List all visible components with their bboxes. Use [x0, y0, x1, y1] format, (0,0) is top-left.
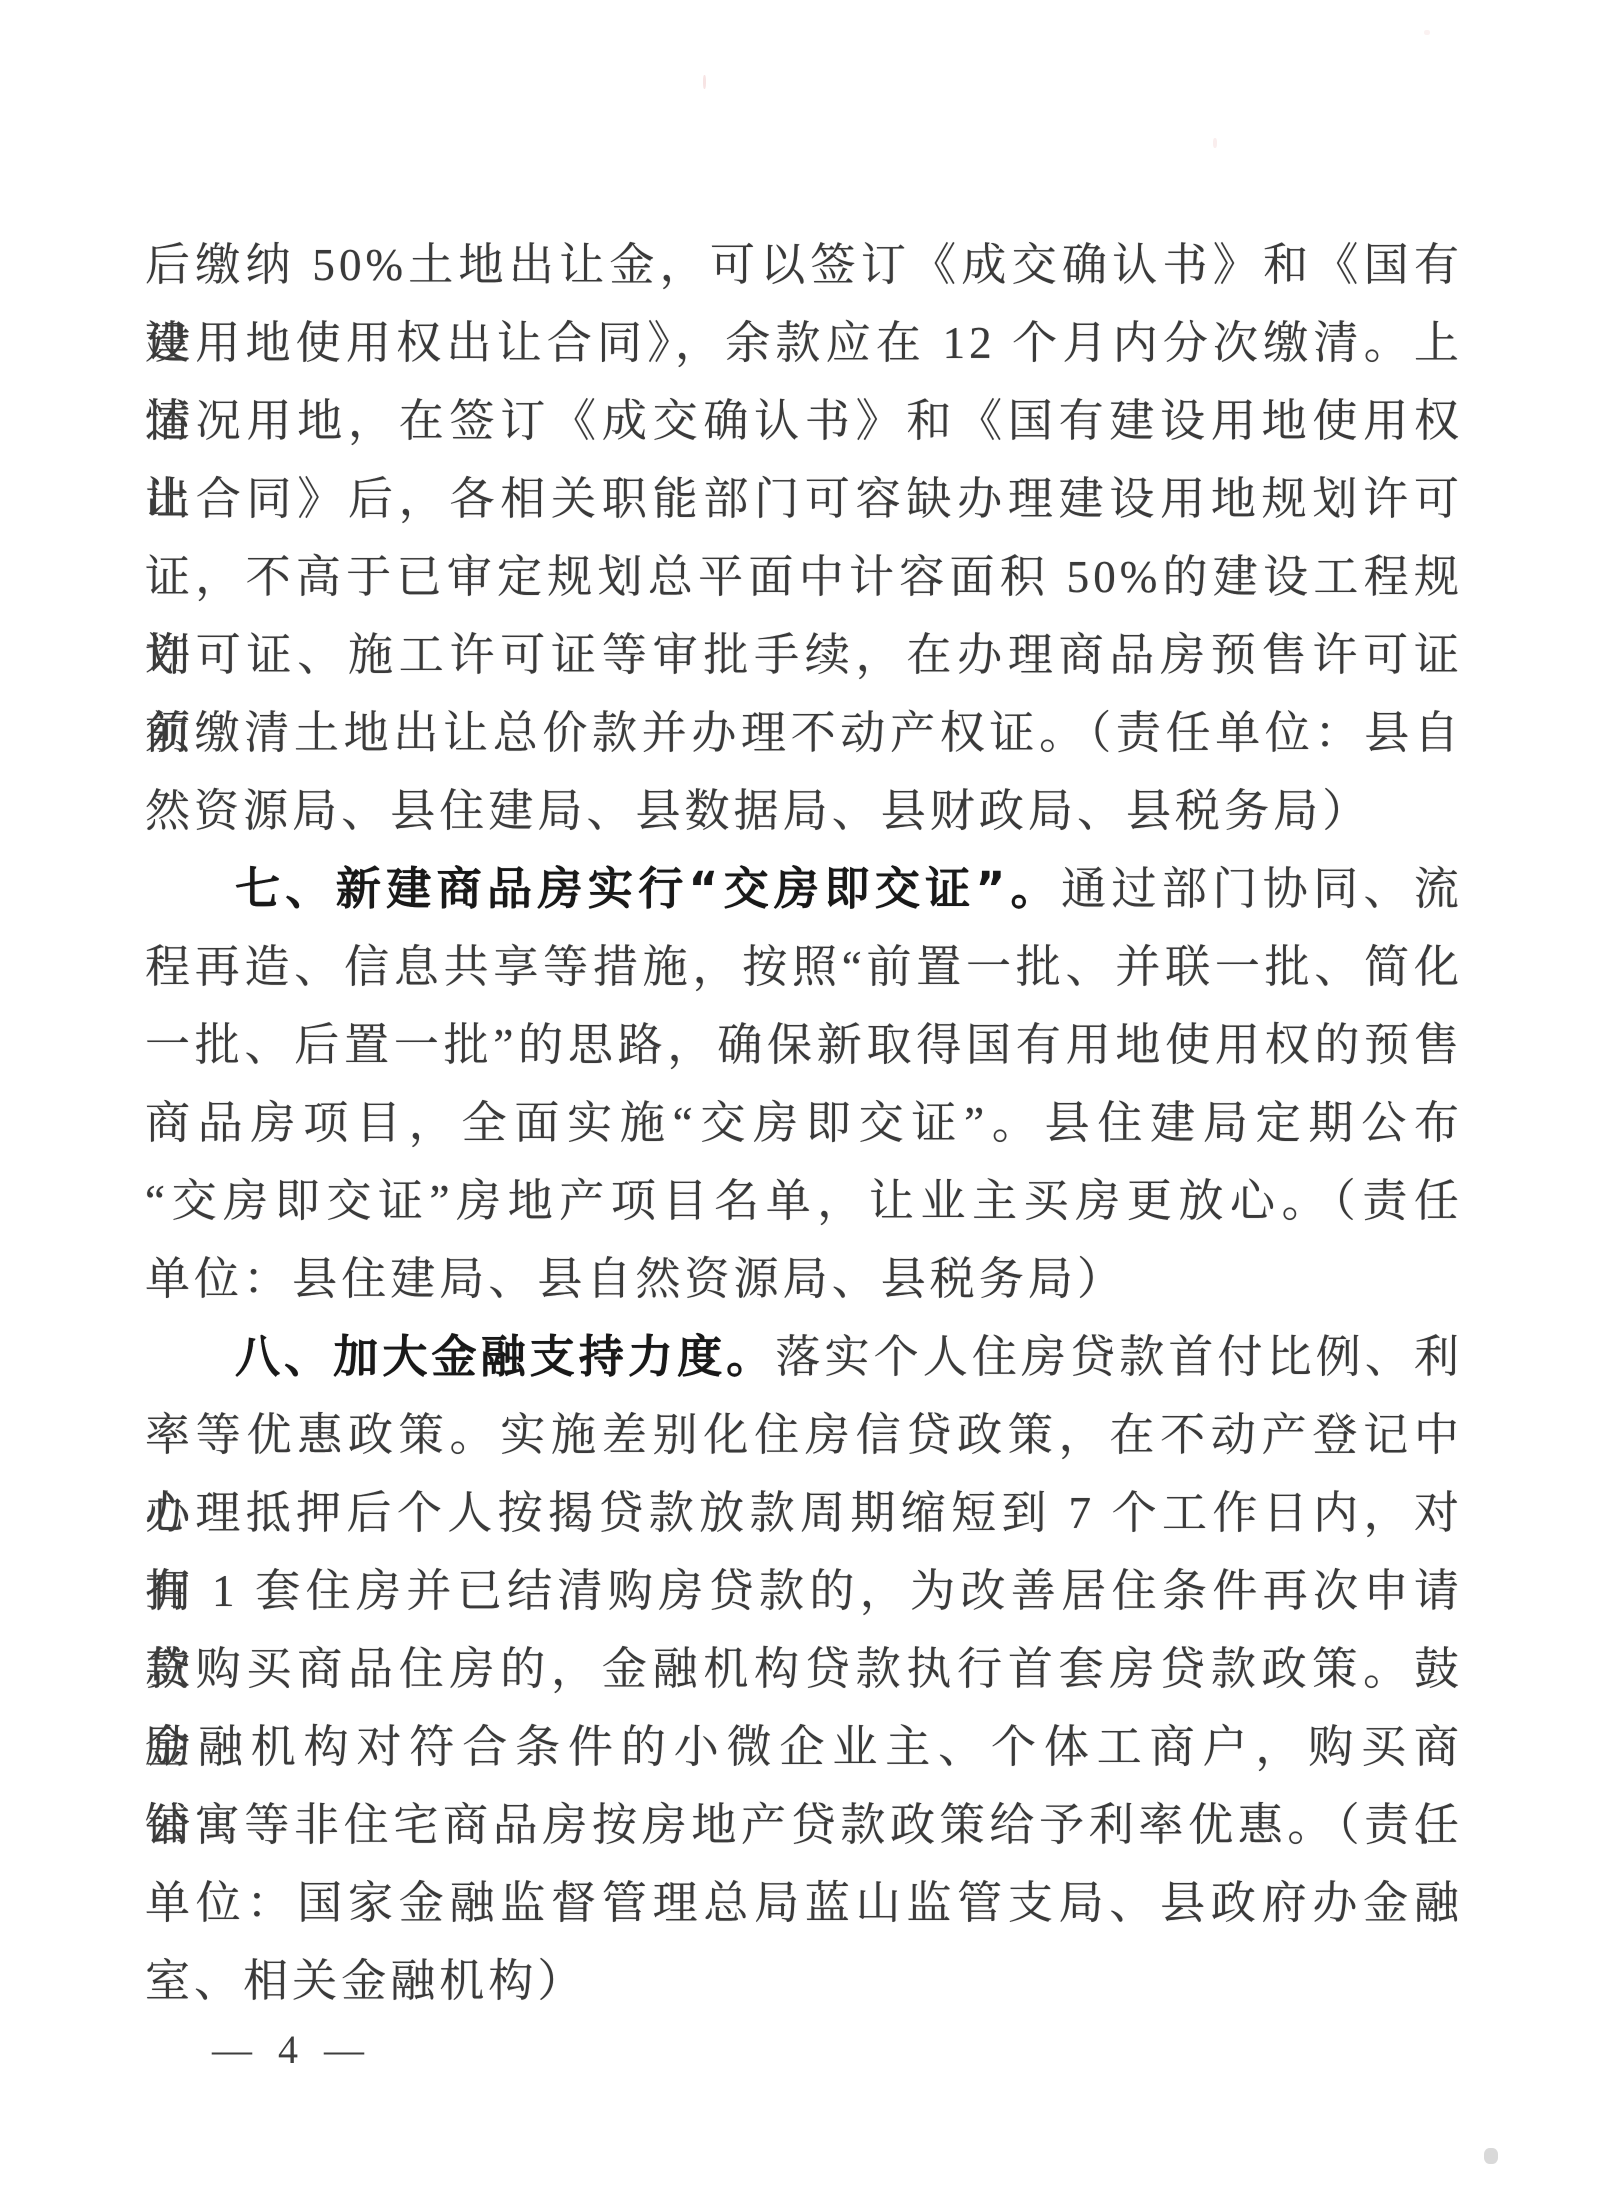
text-line: 单位：县住建局、县自然资源局、县税务局）: [145, 1240, 1463, 1318]
text-line: 证，不高于已审定规划总平面中计容面积 50%的建设工程规划: [145, 538, 1463, 616]
body-text: 一批、后置一批”的思路，确保新取得国有用地使用权的预售: [145, 1020, 1463, 1070]
text-line: 单位：国家金融监督管理总局蓝山监管支局、县政府办金融: [145, 1864, 1463, 1942]
scan-artifact: [703, 75, 706, 89]
body-text: “交房即交证”房地产项目名单，让业主买房更放心。（责任: [145, 1176, 1463, 1226]
scan-artifact: [1484, 2148, 1498, 2164]
section-heading: 七、新建商品房实行“交房即交证”。: [235, 862, 1061, 915]
text-line: 室、相关金融机构）: [145, 1942, 1463, 2020]
text-line: 七、新建商品房实行“交房即交证”。通过部门协同、流: [145, 850, 1463, 928]
body-text: 须缴清土地出让总价款并办理不动产权证。（责任单位：县自: [145, 708, 1463, 758]
body-text: 让合同》后，各相关职能部门可容缺办理建设用地规划许可: [145, 474, 1463, 524]
text-line: 然资源局、县住建局、县数据局、县财政局、县税务局）: [145, 772, 1463, 850]
body-text: 单位：国家金融监督管理总局蓝山监管支局、县政府办金融: [145, 1878, 1463, 1928]
body-text: 落实个人住房贷款首付比例、利: [775, 1332, 1463, 1382]
text-line: 有 1 套住房并已结清购房贷款的，为改善居住条件再次申请贷: [145, 1552, 1463, 1630]
body-text: 商品房项目，全面实施“交房即交证”。县住建局定期公布: [145, 1098, 1463, 1148]
text-line: 情况用地，在签订《成交确认书》和《国有建设用地使用权出: [145, 382, 1463, 460]
text-line: “交房即交证”房地产项目名单，让业主买房更放心。（责任: [145, 1162, 1463, 1240]
text-line: 一批、后置一批”的思路，确保新取得国有用地使用权的预售: [145, 1006, 1463, 1084]
text-line: 须缴清土地出让总价款并办理不动产权证。（责任单位：县自: [145, 694, 1463, 772]
text-line: 程再造、信息共享等措施，按照“前置一批、并联一批、简化: [145, 928, 1463, 1006]
text-line: 金融机构对符合条件的小微企业主、个体工商户，购买商铺、: [145, 1708, 1463, 1786]
text-block: 后缴纳 50%土地出让金，可以签订《成交确认书》和《国有建设用地使用权出让合同》…: [145, 226, 1463, 2020]
text-line: 设用地使用权出让合同》，余款应在 12 个月内分次缴清。上述: [145, 304, 1463, 382]
document-page: 后缴纳 50%土地出让金，可以签订《成交确认书》和《国有建设用地使用权出让合同》…: [0, 0, 1600, 2200]
body-text: 公寓等非住宅商品房按房地产贷款政策给予利率优惠。（责任: [145, 1800, 1463, 1850]
section-heading: 八、加大金融支持力度。: [235, 1330, 775, 1383]
body-text: 程再造、信息共享等措施，按照“前置一批、并联一批、简化: [145, 942, 1463, 992]
scan-artifact: [1424, 30, 1430, 35]
text-line: 后缴纳 50%土地出让金，可以签订《成交确认书》和《国有建: [145, 226, 1463, 304]
text-line: 办理抵押后个人按揭贷款放款周期缩短到 7 个工作日内，对拥: [145, 1474, 1463, 1552]
text-line: 八、加大金融支持力度。落实个人住房贷款首付比例、利: [145, 1318, 1463, 1396]
body-text: 通过部门协同、流: [1061, 864, 1463, 914]
scan-artifact: [1213, 138, 1217, 148]
text-line: 许可证、施工许可证等审批手续，在办理商品房预售许可证前: [145, 616, 1463, 694]
text-line: 款购买商品住房的，金融机构贷款执行首套房贷款政策。鼓励: [145, 1630, 1463, 1708]
body-text: 然资源局、县住建局、县数据局、县财政局、县税务局）: [145, 786, 1371, 836]
text-line: 让合同》后，各相关职能部门可容缺办理建设用地规划许可: [145, 460, 1463, 538]
body-text: 单位：县住建局、县自然资源局、县税务局）: [145, 1254, 1126, 1304]
text-line: 率等优惠政策。实施差别化住房信贷政策，在不动产登记中心: [145, 1396, 1463, 1474]
text-line: 公寓等非住宅商品房按房地产贷款政策给予利率优惠。（责任: [145, 1786, 1463, 1864]
page-number: — 4 —: [212, 2026, 372, 2073]
body-text: 室、相关金融机构）: [145, 1956, 586, 2006]
text-line: 商品房项目，全面实施“交房即交证”。县住建局定期公布: [145, 1084, 1463, 1162]
